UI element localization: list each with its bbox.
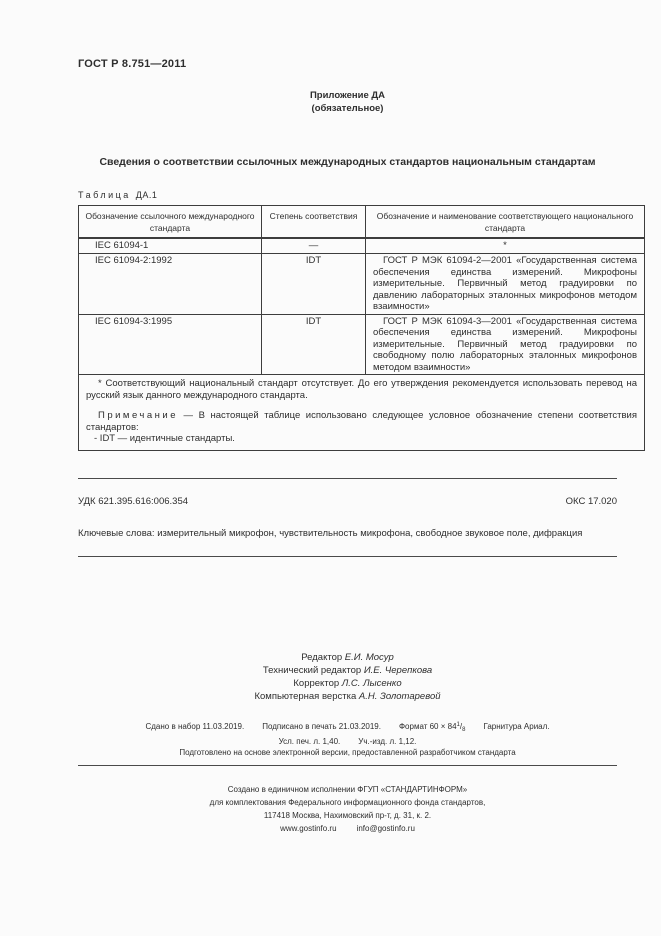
table-row: IEC 61094-2:1992 IDT ГОСТ Р МЭК 61094-2—… <box>79 254 645 315</box>
credit-line: Компьютерная верстка А.Н. Золотаревой <box>78 690 617 703</box>
cell-reference: IEC 61094-2:1992 <box>79 254 262 315</box>
publisher-address: 117418 Москва, Нахимовский пр-т, д. 31, … <box>78 809 617 822</box>
document-number: ГОСТ Р 8.751—2011 <box>78 58 617 70</box>
credit-name: Л.С. Лысенко <box>342 678 402 689</box>
format-fraction-denominator: 8 <box>462 727 465 733</box>
divider <box>78 478 617 479</box>
document-page: ГОСТ Р 8.751—2011 Приложение ДА (обязате… <box>0 0 661 936</box>
credit-role: Технический редактор <box>263 665 361 676</box>
appendix-title: Приложение ДА <box>78 89 617 102</box>
cell-reference: IEC 61094-1 <box>79 238 262 254</box>
note-label: Примечание <box>98 410 178 421</box>
credit-line: Технический редактор И.Е. Черепкова <box>78 664 617 677</box>
appendix-subtitle: (обязательное) <box>78 102 617 115</box>
keywords-line: Ключевые слова: измерительный микрофон, … <box>78 527 617 540</box>
credit-name: А.Н. Золотаревой <box>359 691 441 702</box>
table-footer-row: * Соответствующий национальный стандарт … <box>79 375 645 451</box>
table-header-row: Обозначение ссылочного международного ст… <box>79 206 645 239</box>
column-header-degree: Степень соответствия <box>262 206 366 239</box>
imprint-line1: Сдано в набор 11.03.2019.Подписано в печ… <box>78 720 617 736</box>
cell-national: ГОСТ Р МЭК 61094-2—2001 «Государственная… <box>366 254 645 315</box>
table-row: IEC 61094-1 — * <box>79 238 645 254</box>
classification-codes: УДК 621.395.616:006.354 ОКС 17.020 <box>78 496 617 507</box>
page-content: ГОСТ Р 8.751—2011 Приложение ДА (обязате… <box>0 0 661 835</box>
imprint-block: Сдано в набор 11.03.2019.Подписано в печ… <box>78 720 617 758</box>
correspondence-table: Обозначение ссылочного международного ст… <box>78 205 645 451</box>
publisher-line1: Создано в единичном исполнении ФГУП «СТА… <box>78 783 617 796</box>
publisher-line2: для комплектования Федерального информац… <box>78 796 617 809</box>
imprint-usl: Усл. печ. л. 1,40. <box>279 737 341 746</box>
table-caption-number: ДА.1 <box>136 190 158 200</box>
credit-name: Е.И. Мосур <box>345 652 394 663</box>
oks-code: ОКС 17.020 <box>566 496 617 507</box>
cell-reference: IEC 61094-3:1995 <box>79 314 262 375</box>
publisher-email: info@gostinfo.ru <box>357 824 415 833</box>
section-heading: Сведения о соответствии ссылочных междун… <box>78 156 617 169</box>
table-header: Обозначение ссылочного международного ст… <box>79 206 645 239</box>
imprint-set-date: Сдано в набор 11.03.2019. <box>145 722 244 731</box>
credit-role: Компьютерная верстка <box>254 691 356 702</box>
column-header-reference-standard: Обозначение ссылочного международного ст… <box>79 206 262 239</box>
credit-name: И.Е. Черепкова <box>364 665 432 676</box>
table-notes-cell: * Соответствующий национальный стандарт … <box>79 375 645 451</box>
table-note: Примечание — В настоящей таблице использ… <box>86 410 637 433</box>
credit-line: Корректор Л.С. Лысенко <box>78 677 617 690</box>
imprint-prepared: Подготовлено на основе электронной верси… <box>78 747 617 758</box>
table-row: IEC 61094-3:1995 IDT ГОСТ Р МЭК 61094-3—… <box>79 314 645 375</box>
table-caption: ТаблицаДА.1 <box>78 190 617 200</box>
table-footnote: * Соответствующий национальный стандарт … <box>86 378 637 401</box>
cell-national: * <box>366 238 645 254</box>
column-header-national-standard: Обозначение и наименование соответствующ… <box>366 206 645 239</box>
udk-code: УДК 621.395.616:006.354 <box>78 496 188 507</box>
divider <box>78 556 617 557</box>
credit-role: Корректор <box>293 678 339 689</box>
cell-national: ГОСТ Р МЭК 61094-3—2001 «Государственная… <box>366 314 645 375</box>
imprint-print-date: Подписано в печать 21.03.2019. <box>262 722 381 731</box>
publisher-contacts: www.gostinfo.ruinfo@gostinfo.ru <box>78 822 617 835</box>
cell-degree: IDT <box>262 314 366 375</box>
imprint-typeface: Гарнитура Ариал. <box>483 722 549 731</box>
cell-degree: IDT <box>262 254 366 315</box>
credit-role: Редактор <box>301 652 342 663</box>
imprint-line2: Усл. печ. л. 1,40.Уч.-изд. л. 1,12. <box>78 736 617 747</box>
imprint-format: Формат 60 × 841/8 <box>399 722 465 731</box>
editorial-credits: Редактор Е.И. Мосур Технический редактор… <box>78 651 617 703</box>
appendix-heading: Приложение ДА (обязательное) <box>78 89 617 115</box>
cell-degree: — <box>262 238 366 254</box>
divider <box>78 765 617 766</box>
publisher-block: Создано в единичном исполнении ФГУП «СТА… <box>78 783 617 835</box>
note-list-item: - IDT — идентичные стандарты. <box>86 433 637 445</box>
table-caption-label: Таблица <box>78 190 131 200</box>
credit-line: Редактор Е.И. Мосур <box>78 651 617 664</box>
publisher-website: www.gostinfo.ru <box>280 824 336 833</box>
imprint-uch: Уч.-изд. л. 1,12. <box>358 737 416 746</box>
